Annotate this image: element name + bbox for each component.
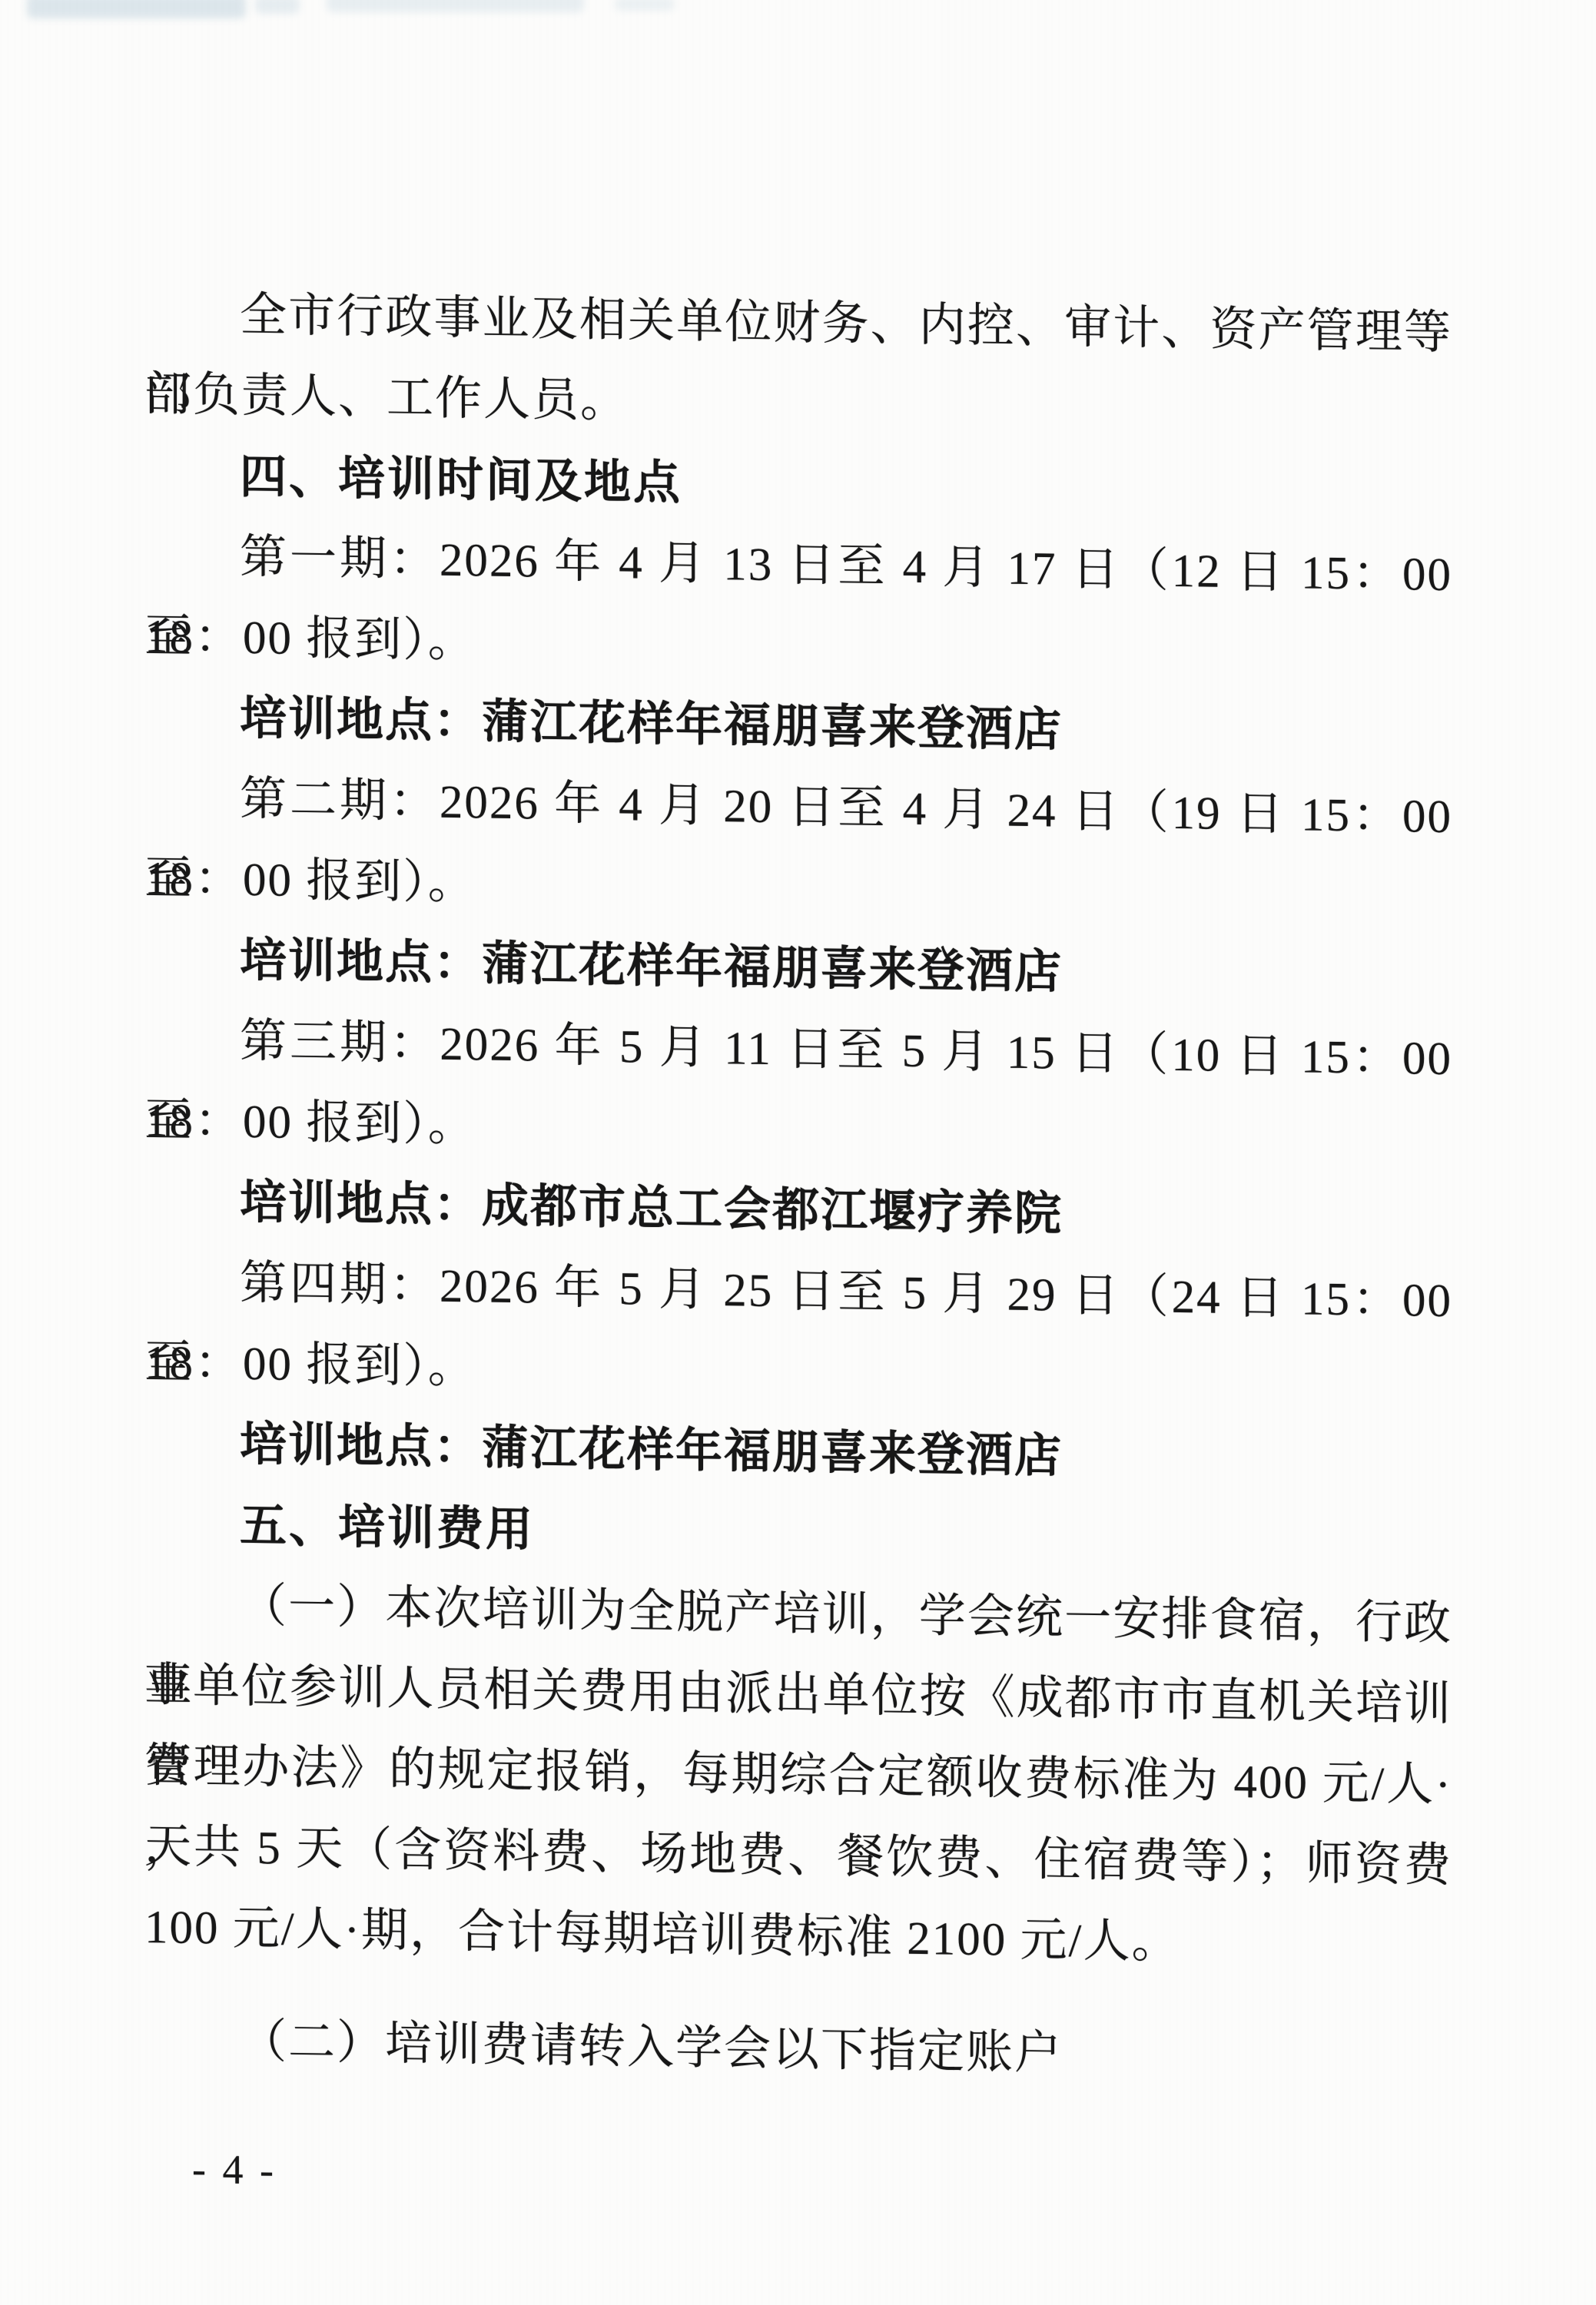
page-number: - 4 -: [192, 2129, 1452, 2228]
text-line: （二）培训费请转入学会以下指定账户: [144, 2000, 1452, 2100]
document-page: 全市行政事业及相关单位财务、内控、审计、资产管理等部门负责人、工作人员。四、培训…: [0, 0, 1596, 2305]
page-content: 全市行政事业及相关单位财务、内控、审计、资产管理等部门负责人、工作人员。四、培训…: [144, 0, 1452, 2228]
text-lines: 全市行政事业及相关单位财务、内控、审计、资产管理等部门负责人、工作人员。四、培训…: [144, 274, 1452, 2100]
